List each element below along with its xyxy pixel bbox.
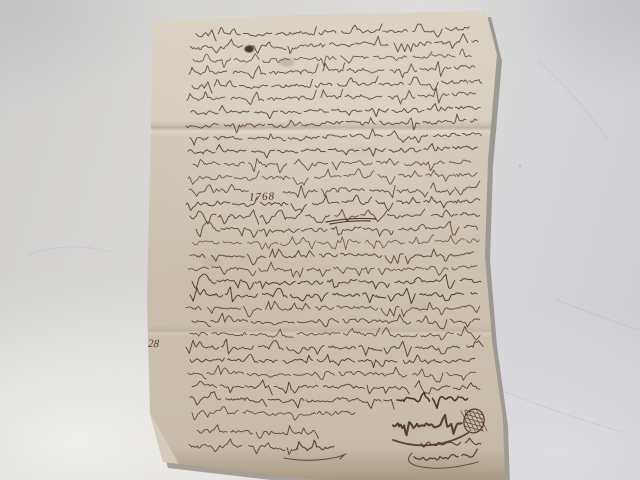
handwriting-line: [192, 77, 482, 93]
handwriting-line: [191, 104, 480, 119]
handwriting-line: [190, 391, 394, 409]
handwriting-line: [192, 274, 481, 290]
margin-note: 28: [148, 338, 160, 351]
handwriting-line: [192, 407, 355, 421]
date-line: [189, 439, 298, 455]
handwriting-line: [192, 235, 479, 250]
handwriting-line: [190, 249, 474, 265]
photo-of-manuscript: 1768 28: [0, 0, 640, 480]
strikethrough-mark: [326, 218, 376, 224]
left-signature: [296, 440, 334, 450]
handwriting-line: [196, 221, 478, 237]
handwriting-line: [187, 88, 476, 105]
handwriting-line: [190, 34, 478, 54]
handwriting-line: [196, 24, 469, 41]
handwriting-line: [193, 159, 471, 173]
tertiary-signature: [414, 449, 478, 460]
handwriting-line: [186, 195, 480, 212]
handwriting-line: [186, 114, 477, 133]
left-signature-underline: [284, 454, 346, 460]
handwriting-line: [189, 62, 475, 79]
handwriting-line: [190, 209, 480, 224]
handwriting-line: [186, 339, 483, 356]
year-fragment: 1768: [249, 191, 275, 204]
handwriting-line: [190, 326, 480, 340]
handwriting-line: [189, 181, 480, 198]
handwriting-line: [190, 354, 475, 367]
handwriting-line: [188, 144, 477, 159]
bold-word: [397, 393, 468, 409]
principal-signature: [393, 415, 462, 435]
handwriting-line: [190, 287, 477, 304]
handwriting-line: [193, 49, 471, 68]
handwriting-line: [190, 129, 481, 145]
date-line: [197, 425, 319, 439]
handwriting-line: [188, 365, 476, 382]
handwriting-line: [186, 301, 480, 317]
handwriting-line: [192, 313, 480, 329]
handwriting-layer: [0, 0, 640, 480]
handwriting-line: [188, 262, 477, 277]
